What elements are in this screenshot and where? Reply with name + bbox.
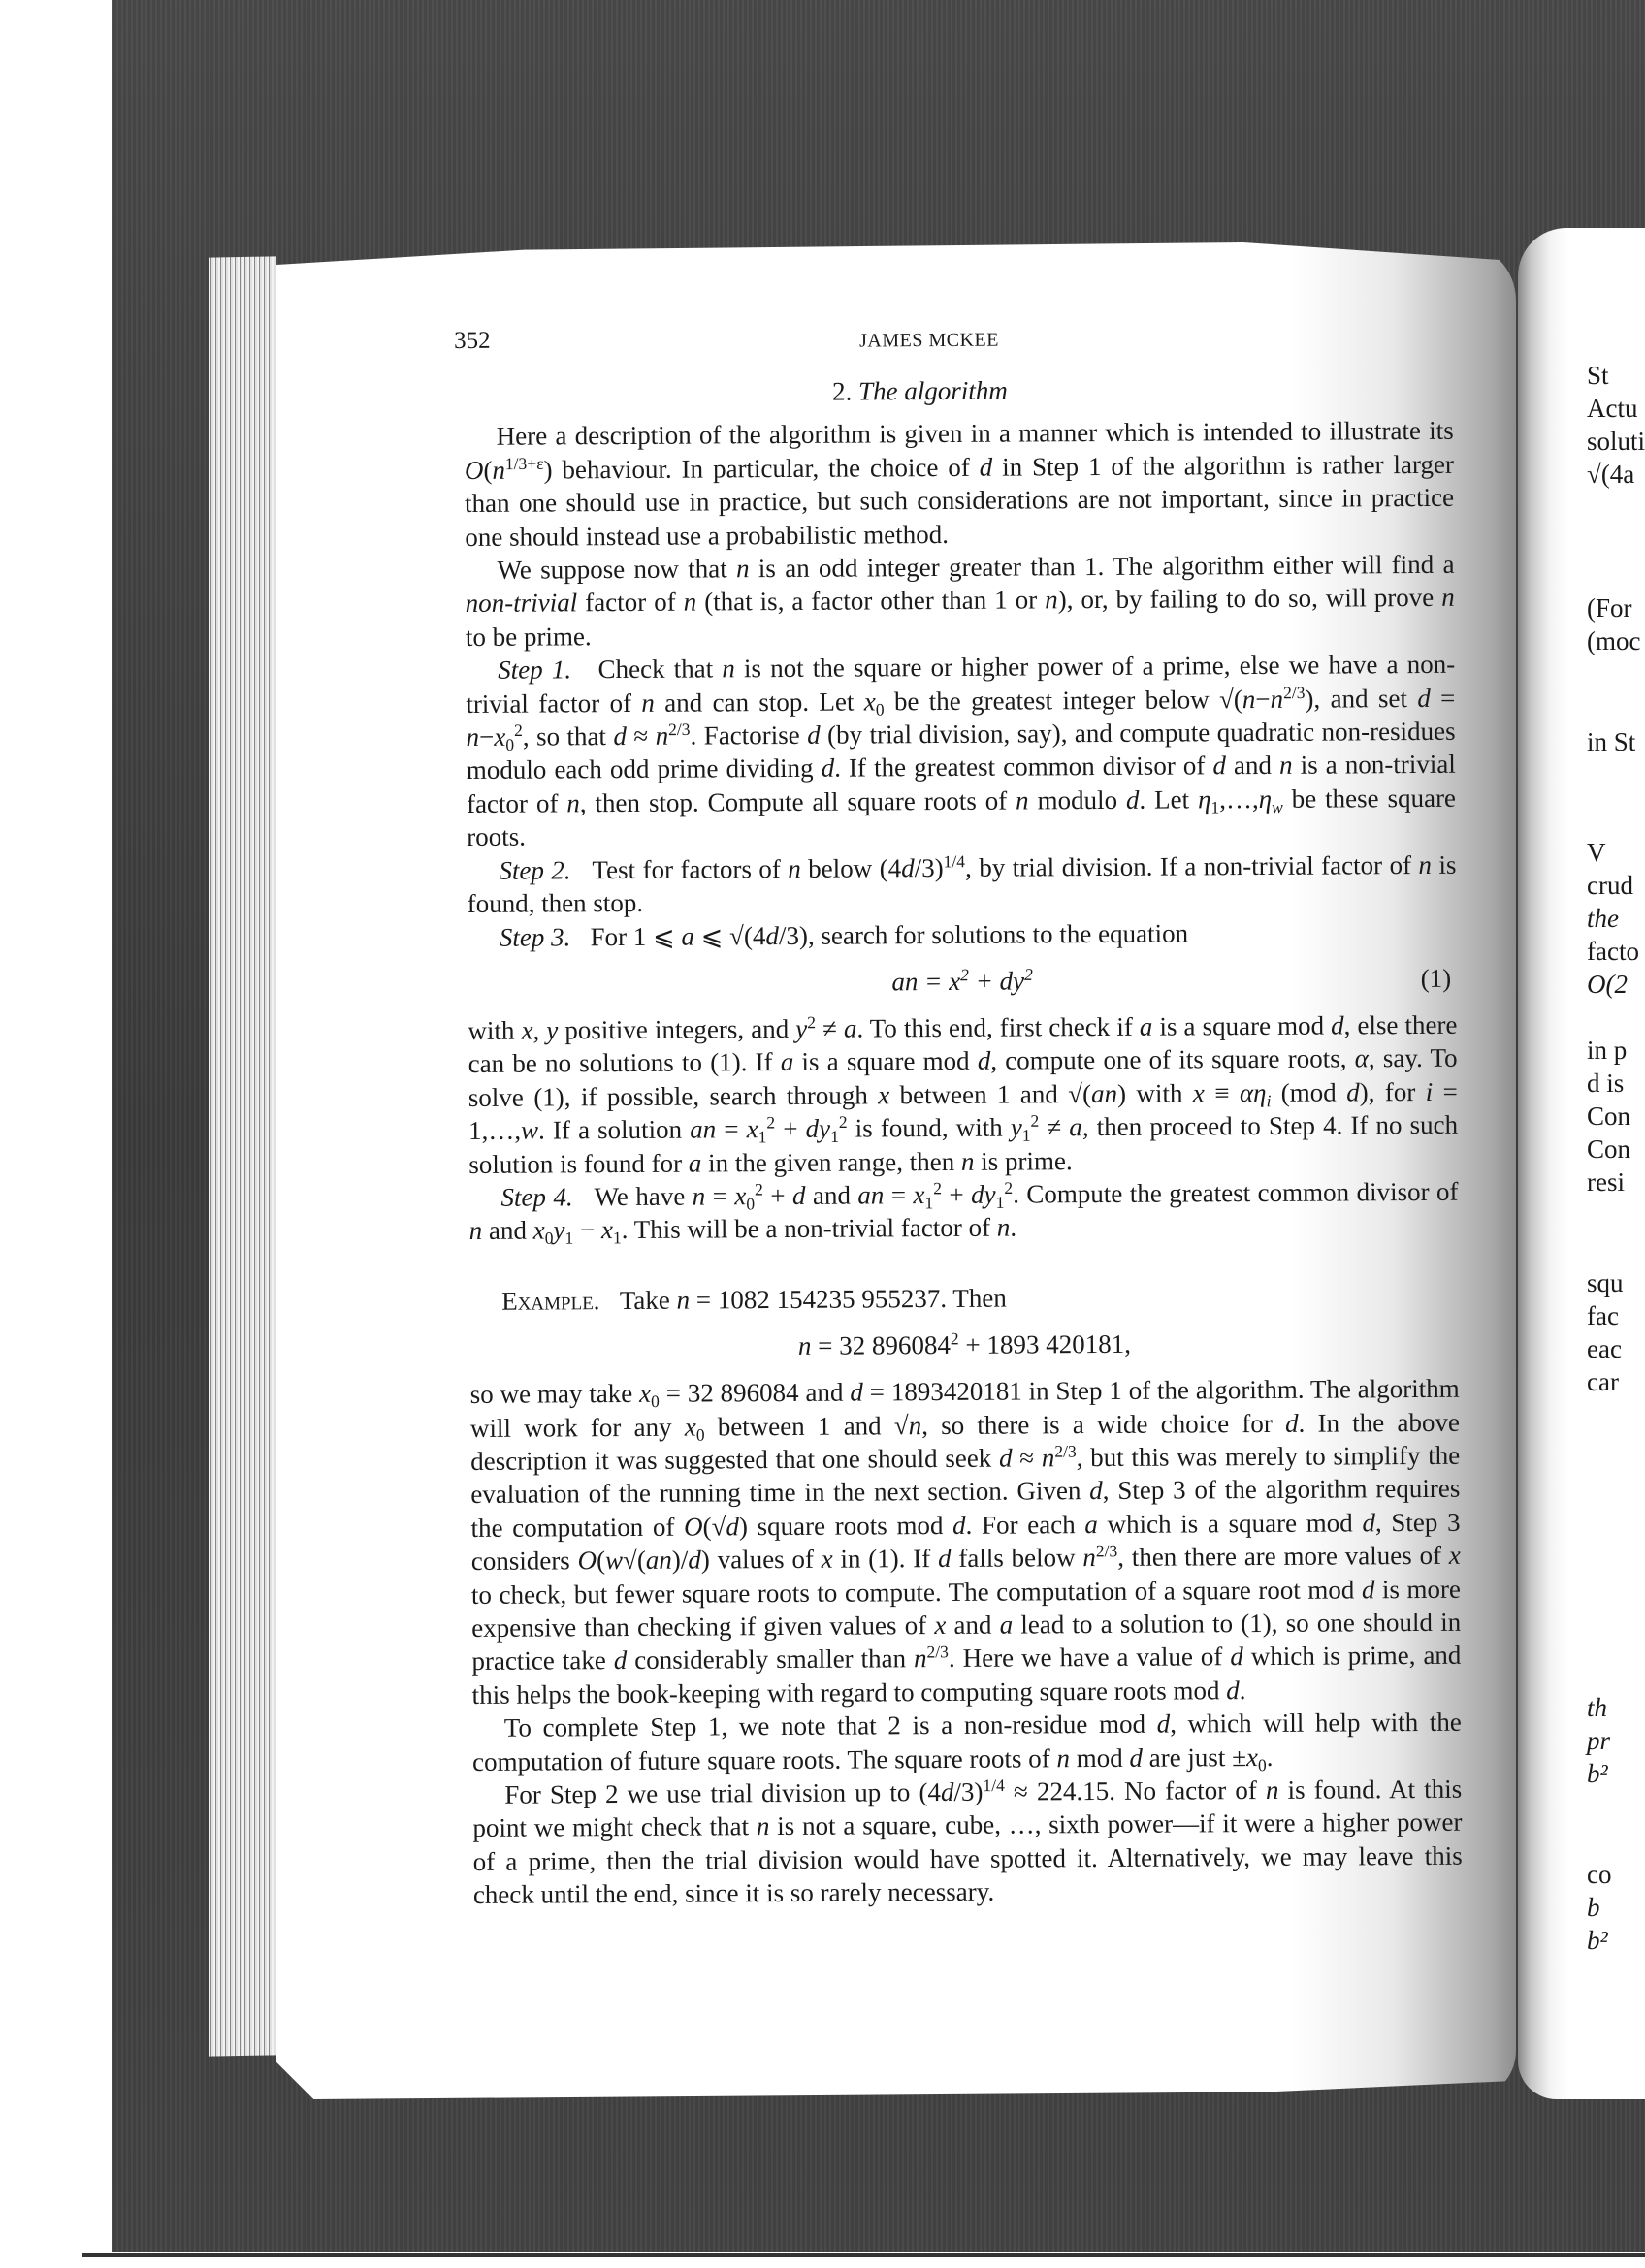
right-page-fragment: facto	[1587, 935, 1639, 968]
right-page-fragment: (moc	[1587, 624, 1640, 657]
right-page-fragment: in St	[1587, 725, 1635, 758]
section-heading: 2. The algorithm	[464, 371, 1453, 411]
section-title: The algorithm	[858, 376, 1008, 406]
right-page-fragment: V	[1587, 836, 1606, 869]
step-2-label: Step 2.	[499, 855, 570, 884]
example-equation: n = 32 8960842 + 1893 420181,	[469, 1326, 1459, 1364]
step-3: Step 3. For 1 ⩽ a ⩽ √(4d/3), search for …	[468, 914, 1457, 954]
example-paragraph-3: For Step 2 we use trial division up to (…	[472, 1773, 1463, 1912]
scan-bottom-border	[82, 2253, 1645, 2257]
right-page-fragment: (For	[1587, 591, 1632, 624]
step-4: Step 4. We have n = x02 + d and an = x12…	[468, 1175, 1458, 1248]
step-1-label: Step 1.	[498, 655, 571, 685]
right-page-fragment: O(2	[1587, 968, 1628, 1001]
right-page-fragment: pr	[1587, 1724, 1610, 1757]
equation-1-body: an = x2 + dy2	[891, 966, 1033, 996]
example-x0-value: 32 896084	[688, 1378, 799, 1408]
right-page-fragment: car	[1587, 1365, 1619, 1398]
right-page-fragment: th	[1587, 1691, 1607, 1724]
right-page-fragment: in p	[1587, 1034, 1627, 1067]
right-page-fragment: eac	[1587, 1332, 1622, 1365]
running-head-author: JAMES MCKEE	[859, 324, 999, 358]
example-paragraph-1: so we may take x0 = 32 896084 and d = 18…	[470, 1372, 1462, 1711]
right-page-fragment: d is	[1587, 1067, 1624, 1100]
page-number: 352	[454, 325, 491, 359]
example-label: Example.	[501, 1286, 600, 1316]
right-page-fragment: b	[1587, 1891, 1600, 1924]
equation-1: an = x2 + dy2 (1)	[468, 962, 1457, 1001]
step-1: Step 1. Check that n is not the square o…	[466, 648, 1456, 854]
example-intro: Example. Take n = 1082 154235 955237. Th…	[469, 1279, 1459, 1319]
example-n-value: 1082 154235 955237	[718, 1284, 941, 1314]
right-page-fragment: St	[1587, 359, 1609, 392]
right-page-fragment: resi	[1587, 1166, 1625, 1198]
step-3-label: Step 3.	[500, 922, 571, 951]
right-page-fragment: squ	[1587, 1266, 1624, 1299]
example-d-value: 1893420181	[891, 1377, 1022, 1407]
right-page-fragment: b²	[1587, 1757, 1608, 1790]
step-3-continuation: with x, y positive integers, and y2 ≠ a.…	[468, 1008, 1458, 1181]
step-4-label: Step 4.	[500, 1182, 572, 1211]
right-page-fragment: b²	[1587, 1924, 1608, 1957]
right-page-fragment: Con	[1587, 1100, 1630, 1133]
right-page-fragment: crud	[1587, 869, 1633, 902]
example-square-term: 32 896084	[839, 1330, 951, 1360]
page-text-block: 352 JAMES MCKEE 2. The algorithm Here a …	[464, 319, 1463, 1912]
right-page-fragment: Con	[1587, 1133, 1630, 1166]
running-head: 352 JAMES MCKEE	[464, 319, 1453, 367]
book-page-edges	[209, 256, 276, 2056]
trial-bound: 224.15	[1037, 1776, 1109, 1805]
right-page-fragment: Actu	[1587, 392, 1637, 425]
intro-paragraph-2: We suppose now that n is an odd integer …	[465, 548, 1455, 654]
example-paragraph-2: To complete Step 1, we note that 2 is a …	[472, 1706, 1462, 1778]
step-2: Step 2. Test for factors of n below (4d/…	[467, 847, 1456, 920]
right-page-fragment: √(4a	[1587, 458, 1634, 491]
right-page-fragment: fac	[1587, 1299, 1619, 1332]
intro-paragraph-1: Here a description of the algorithm is g…	[465, 414, 1455, 554]
right-page-fragment: soluti	[1587, 425, 1645, 458]
section-number: 2.	[832, 377, 852, 406]
right-page-fragment: the	[1587, 902, 1619, 935]
example-remainder-term: 1893 420181	[986, 1329, 1124, 1359]
right-page-fragment: co	[1587, 1858, 1611, 1891]
equation-1-number: (1)	[1421, 962, 1452, 996]
